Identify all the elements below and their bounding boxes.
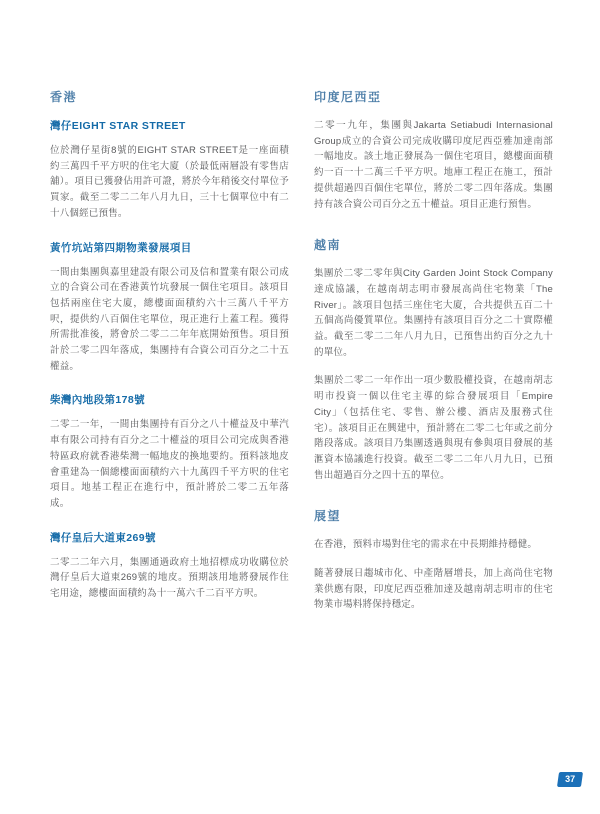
right-column: 印度尼西亞 二零一九年，集團與Jakarta Setiabudi Interna… bbox=[314, 88, 553, 626]
region-heading-hong-kong: 香港 bbox=[50, 88, 289, 105]
paragraph: 集團於二零二一年作出一項少數股權投資，在越南胡志明市投資一個以住宅主導的綜合發展… bbox=[314, 373, 553, 483]
paragraph: 二零一九年，集團與Jakarta Setiabudi Internasional… bbox=[314, 118, 553, 212]
paragraph: 在香港，預料市場對住宅的需求在中長期維持穩健。 bbox=[314, 537, 553, 553]
region-heading-indonesia: 印度尼西亞 bbox=[314, 88, 553, 105]
paragraph: 一間由集團與嘉里建設有限公司及信和置業有限公司成立的合資公司在香港黃竹坑發展一個… bbox=[50, 265, 289, 375]
paragraph: 二零二二年六月，集團通過政府土地招標成功收購位於灣仔皇后大道東269號的地皮。預… bbox=[50, 555, 289, 602]
left-column: 香港 灣仔EIGHT STAR STREET 位於灣仔星街8號的EIGHT ST… bbox=[50, 88, 289, 615]
section-heading-wong-chuk-hang: 黃竹坑站第四期物業發展項目 bbox=[50, 240, 289, 255]
page-number-badge: 37 bbox=[557, 772, 583, 787]
region-heading-vietnam: 越南 bbox=[314, 236, 553, 253]
region-heading-outlook: 展望 bbox=[314, 507, 553, 524]
section-heading-queens-road-east-269: 灣仔皇后大道東269號 bbox=[50, 530, 289, 545]
page-number: 37 bbox=[565, 774, 575, 784]
paragraph: 二零二一年，一間由集團持有百分之八十權益及中華汽車有限公司持有百分之二十權益的項… bbox=[50, 417, 289, 511]
paragraph: 位於灣仔星街8號的EIGHT STAR STREET是一座面積約三萬四千平方呎的… bbox=[50, 143, 289, 222]
paragraph: 集團於二零二零年與City Garden Joint Stock Company… bbox=[314, 266, 553, 360]
report-page: 香港 灣仔EIGHT STAR STREET 位於灣仔星街8號的EIGHT ST… bbox=[0, 0, 600, 814]
section-heading-eight-star-street: 灣仔EIGHT STAR STREET bbox=[50, 118, 289, 133]
paragraph: 隨著發展日趨城市化、中產階層增長，加上高尚住宅物業供應有限，印度尼西亞雅加達及越… bbox=[314, 566, 553, 613]
section-heading-chai-wan-lot-178: 柴灣內地段第178號 bbox=[50, 392, 289, 407]
